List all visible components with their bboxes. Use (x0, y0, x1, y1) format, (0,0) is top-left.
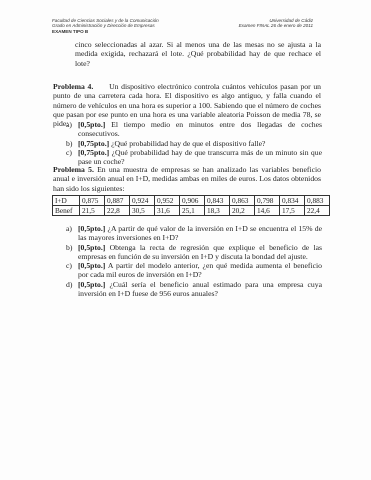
list-item: d) [0,5pto.] ¿Cuál sería el beneficio an… (66, 280, 322, 299)
list-item: b) [0,75pto.] ¿Qué probabilidad hay de q… (66, 139, 322, 148)
header-left: Facultad de Ciencias Sociales y de la Co… (52, 18, 159, 34)
list-item: c) [0,5pto.] A partir del modelo anterio… (66, 261, 322, 280)
data-table: I+D 0,875 0,887 0,924 0,952 0,906 0,843 … (52, 195, 330, 216)
problem-5-items: a) [0,5pto.] ¿A partir de qué valor de l… (66, 224, 322, 298)
continuation-text: cinco seleccionadas al azar. Si al menos… (75, 40, 321, 68)
problem-4-items: a) [0,5pto.] El tiempo medio en minutos … (66, 120, 322, 166)
header-right: Universidad de Cádiz Examen FINAL 26 de … (239, 18, 313, 29)
problem-4-title: Problema 4. (53, 82, 93, 91)
problem-5-text: En una muestra de empresas se han analiz… (53, 165, 321, 193)
problem-5-title: Problema 5. (53, 165, 94, 174)
exam-page: Facultad de Ciencias Sociales y de la Co… (0, 0, 371, 480)
list-item: b) [0,5pto.] Obtenga la recta de regresi… (66, 243, 322, 262)
table-row: I+D 0,875 0,887 0,924 0,952 0,906 0,843 … (53, 196, 330, 206)
exam-date: Examen FINAL 26 de enero de 2011 (239, 23, 313, 28)
problem-5-statement: Problema 5. En una muestra de empresas s… (53, 165, 321, 193)
exam-type: EXAMEN TIPO B (52, 29, 159, 34)
list-item: a) [0,5pto.] ¿A partir de qué valor de l… (66, 224, 322, 243)
list-item: a) [0,5pto.] El tiempo medio en minutos … (66, 120, 322, 139)
list-item: c) [0,75pto.] ¿Qué probabilidad hay de q… (66, 148, 322, 167)
table-row: Benef 21,5 22,8 30,5 31,6 25,1 18,3 20,2… (53, 206, 330, 216)
